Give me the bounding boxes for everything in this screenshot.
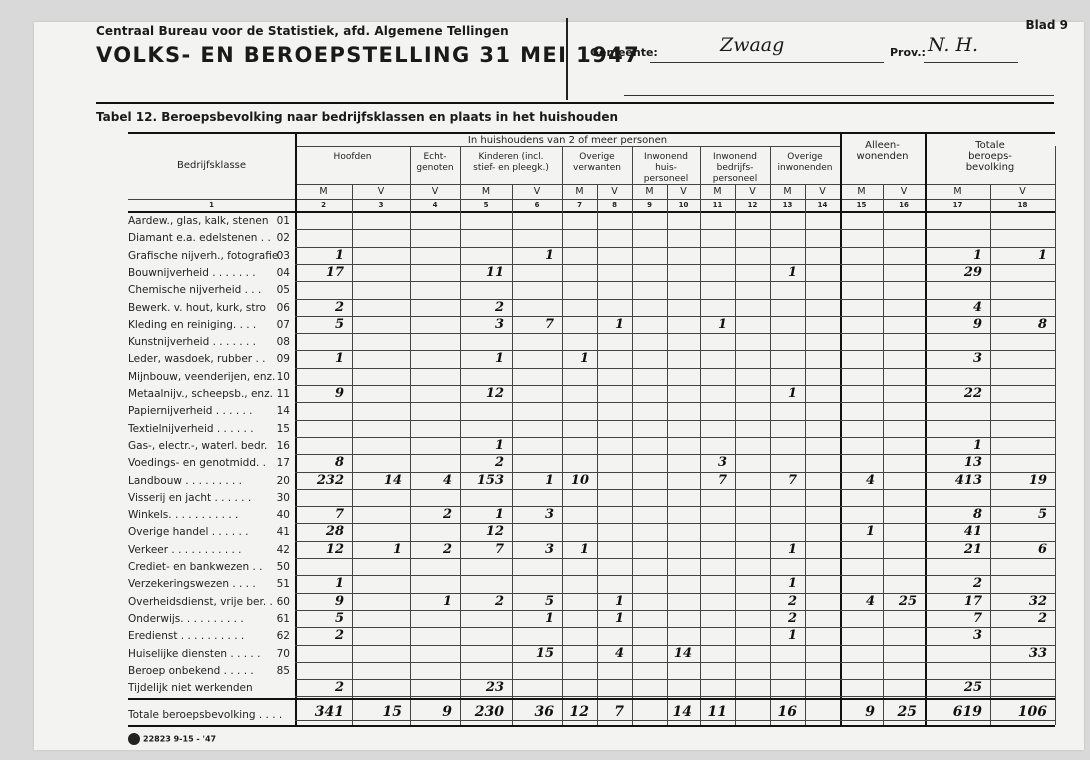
industry-name: Landbouw . . . . . . . . .	[128, 475, 242, 487]
print-code: 22823 9-15 - '47	[128, 733, 216, 745]
table-cell: 2	[295, 300, 344, 315]
total-cell: 36	[512, 704, 554, 720]
industry-code: 85	[277, 665, 290, 677]
table-cell: 9	[295, 386, 344, 401]
row-label-7: Kunstnijverheid . . . . . . .08	[128, 336, 290, 348]
table-cell: 3	[460, 317, 504, 332]
table-cell: 4	[840, 594, 875, 609]
sex-column-header: M	[632, 186, 667, 197]
table-cell: 232	[295, 473, 344, 488]
table-cell: 1	[295, 351, 344, 366]
column-group-header: Alleen- wonenden	[840, 140, 925, 162]
grid-line	[840, 132, 842, 725]
industry-code: 16	[277, 440, 290, 452]
row-label-13: Gas-, electr.-, waterl. bedr.16	[128, 440, 290, 452]
column-number: 7	[562, 201, 597, 209]
table-cell: 7	[700, 473, 727, 488]
industry-code: 10	[277, 371, 290, 383]
table-cell: 3	[925, 628, 982, 643]
column-number: 15	[840, 201, 883, 209]
table-cell: 21	[925, 542, 982, 557]
grid-line	[295, 489, 1055, 490]
industry-code: 30	[277, 492, 290, 504]
grid-line	[295, 696, 1055, 697]
table-cell: 2	[990, 611, 1047, 626]
row-label-1: Diamant e.a. edelstenen . .02	[128, 232, 290, 244]
table-cell: 41	[925, 524, 982, 539]
industry-code: 42	[277, 544, 290, 556]
data-table: In huishoudens van 2 of meer personenHoo…	[0, 0, 1090, 760]
industry-name: Metaalnijv., scheepsb., enz.	[128, 388, 273, 400]
industry-code: 02	[277, 232, 290, 244]
table-cell: 5	[295, 611, 344, 626]
table-cell: 4	[597, 646, 624, 661]
table-cell: 17	[295, 265, 344, 280]
table-cell: 3	[700, 455, 727, 470]
industry-code: 17	[277, 457, 290, 469]
industry-name: Beroep onbekend . . . . .	[128, 665, 254, 677]
grid-line	[295, 558, 1055, 559]
table-cell: 14	[352, 473, 402, 488]
table-cell: 1	[597, 611, 624, 626]
table-cell: 1	[770, 265, 797, 280]
table-cell: 3	[925, 351, 982, 366]
sex-column-header: V	[805, 186, 840, 197]
table-cell: 1	[562, 351, 589, 366]
industry-code: 01	[277, 215, 290, 227]
industry-name: Kunstnijverheid . . . . . . .	[128, 336, 256, 348]
total-cell: 9	[410, 704, 452, 720]
row-label-14: Voedings- en genotmidd. .17	[128, 457, 290, 469]
grid-line	[295, 720, 1055, 721]
row-label-20: Crediet- en bankwezen . .50	[128, 561, 290, 573]
sex-column-header: M	[925, 186, 990, 197]
industry-code: 40	[277, 509, 290, 521]
column-number: 2	[295, 201, 352, 209]
grid-line	[632, 146, 633, 725]
table-cell: 17	[925, 594, 982, 609]
table-cell: 13	[925, 455, 982, 470]
table-top-rule	[128, 132, 1055, 134]
table-cell: 8	[990, 317, 1047, 332]
industry-code: 05	[277, 284, 290, 296]
industry-code: 20	[277, 475, 290, 487]
industry-name: Kleding en reiniging. . . .	[128, 319, 256, 331]
table-cell: 2	[460, 300, 504, 315]
sex-column-header: V	[352, 186, 410, 197]
grid-line	[1055, 146, 1056, 725]
table-cell: 25	[925, 680, 982, 695]
industry-name: Onderwijs. . . . . . . . . .	[128, 613, 244, 625]
total-cell: 230	[460, 704, 504, 720]
grid-line	[295, 184, 1055, 185]
table-cell: 1	[925, 248, 982, 263]
table-cell: 3	[512, 507, 554, 522]
sex-column-header: M	[460, 186, 512, 197]
sex-column-header: V	[883, 186, 925, 197]
column-number: 18	[990, 201, 1055, 209]
row-label-11: Papiernijverheid . . . . . .14	[128, 405, 290, 417]
industry-code: 62	[277, 630, 290, 642]
table-cell: 7	[925, 611, 982, 626]
total-cell: 16	[770, 704, 797, 720]
column-group-header: Inwonend huis- personeel	[632, 152, 700, 185]
row-label-5: Bewerk. v. hout, kurk, stro06	[128, 302, 290, 314]
industry-code: 04	[277, 267, 290, 279]
industry-name: Huiselijke diensten . . . . .	[128, 648, 260, 660]
total-cell: 341	[295, 704, 344, 720]
table-cell: 1	[925, 438, 982, 453]
total-cell: 15	[352, 704, 402, 720]
total-cell: 11	[700, 704, 727, 720]
table-cell: 1	[840, 524, 875, 539]
industry-name: Crediet- en bankwezen . .	[128, 561, 262, 573]
row-label-16: Visserij en jacht . . . . . .30	[128, 492, 290, 504]
industry-name: Eredienst . . . . . . . . . .	[128, 630, 244, 642]
column-number: 5	[460, 201, 512, 209]
column-number: 11	[700, 201, 735, 209]
table-cell: 1	[770, 576, 797, 591]
column-group-header: Inwonend bedrijfs- personeel	[700, 152, 770, 185]
row-label-27: Tijdelijk niet werkenden	[128, 682, 290, 694]
table-cell: 12	[295, 542, 344, 557]
industry-code: 15	[277, 423, 290, 435]
row-header-label: Bedrijfsklasse	[128, 160, 295, 171]
industry-name: Voedings- en genotmidd. .	[128, 457, 266, 469]
table-cell: 2	[460, 594, 504, 609]
industry-code: 61	[277, 613, 290, 625]
table-cell: 9	[295, 594, 344, 609]
industry-name: Aardew., glas, kalk, stenen	[128, 215, 269, 227]
industry-name: Diamant e.a. edelstenen . .	[128, 232, 271, 244]
industry-name: Verzekeringswezen . . . .	[128, 578, 256, 590]
industry-name: Papiernijverheid . . . . . .	[128, 405, 253, 417]
row-label-10: Metaalnijv., scheepsb., enz.11	[128, 388, 290, 400]
row-label-19: Verkeer . . . . . . . . . . .42	[128, 544, 290, 556]
row-label-0: Aardew., glas, kalk, stenen01	[128, 215, 290, 227]
table-cell: 5	[990, 507, 1047, 522]
table-cell: 1	[990, 248, 1047, 263]
table-cell: 2	[295, 680, 344, 695]
column-number: 9	[632, 201, 667, 209]
table-cell: 9	[925, 317, 982, 332]
totals-top-rule	[128, 698, 1055, 700]
table-cell: 2	[925, 576, 982, 591]
sex-column-header: V	[990, 186, 1055, 197]
table-cell: 33	[990, 646, 1047, 661]
industry-code: 11	[277, 388, 290, 400]
table-cell: 4	[410, 473, 452, 488]
table-bottom-rule	[128, 725, 1055, 727]
row-label-12: Textielnijverheid . . . . . .15	[128, 423, 290, 435]
row-label-25: Huiselijke diensten . . . . .70	[128, 648, 290, 660]
industry-code: 03	[277, 250, 290, 262]
table-cell: 1	[597, 317, 624, 332]
industry-code: 70	[277, 648, 290, 660]
industry-name: Winkels. . . . . . . . . . .	[128, 509, 238, 521]
row-label-17: Winkels. . . . . . . . . . .40	[128, 509, 290, 521]
table-cell: 1	[410, 594, 452, 609]
table-cell: 1	[460, 438, 504, 453]
column-group-header: Echt- genoten	[410, 152, 460, 174]
row-label-8: Leder, wasdoek, rubber . .09	[128, 353, 290, 365]
table-cell: 1	[770, 628, 797, 643]
sex-column-header: V	[735, 186, 770, 197]
industry-name: Tijdelijk niet werkenden	[128, 682, 253, 694]
column-group-header: Hoofden	[295, 152, 410, 163]
column-group-header: Overige verwanten	[562, 152, 632, 174]
total-cell: 106	[990, 704, 1047, 720]
column-number: 12	[735, 201, 770, 209]
industry-code: 50	[277, 561, 290, 573]
industry-code: 14	[277, 405, 290, 417]
table-cell: 7	[770, 473, 797, 488]
sex-column-header: M	[295, 186, 352, 197]
table-cell: 12	[460, 524, 504, 539]
column-number: 1	[128, 201, 295, 209]
industry-name: Leder, wasdoek, rubber . .	[128, 353, 265, 365]
total-row-label: Totale beroepsbevolking . . . .	[128, 709, 290, 721]
row-label-22: Overheidsdienst, vrije ber. .60	[128, 596, 290, 608]
industry-code: 09	[277, 353, 290, 365]
column-number: 13	[770, 201, 805, 209]
grid-line	[295, 368, 1055, 369]
table-cell: 1	[295, 248, 344, 263]
table-cell: 8	[295, 455, 344, 470]
row-label-18: Overige handel . . . . . .41	[128, 526, 290, 538]
table-cell: 3	[512, 542, 554, 557]
industry-name: Textielnijverheid . . . . . .	[128, 423, 254, 435]
row-label-4: Chemische nijverheid . . .05	[128, 284, 290, 296]
sex-column-header: V	[667, 186, 700, 197]
table-cell: 5	[512, 594, 554, 609]
table-cell: 5	[295, 317, 344, 332]
industry-name: Verkeer . . . . . . . . . . .	[128, 544, 242, 556]
table-cell: 28	[295, 524, 344, 539]
column-group-header: Totale beroeps- bevolking	[925, 140, 1055, 173]
table-cell: 11	[460, 265, 504, 280]
table-cell: 2	[410, 542, 452, 557]
grid-line	[410, 146, 411, 725]
table-cell: 1	[700, 317, 727, 332]
table-cell: 12	[460, 386, 504, 401]
grid-line	[562, 146, 563, 725]
row-label-24: Eredienst . . . . . . . . . .62	[128, 630, 290, 642]
table-cell: 1	[352, 542, 402, 557]
industry-name: Chemische nijverheid . . .	[128, 284, 261, 296]
industry-code: 06	[277, 302, 290, 314]
column-number: 4	[410, 201, 460, 209]
column-number: 8	[597, 201, 632, 209]
table-cell: 1	[512, 473, 554, 488]
sex-column-header: M	[840, 186, 883, 197]
table-cell: 19	[990, 473, 1047, 488]
grid-line	[295, 333, 1055, 334]
grid-line	[295, 662, 1055, 663]
industry-name: Gas-, electr.-, waterl. bedr.	[128, 440, 267, 452]
column-number: 16	[883, 201, 925, 209]
sex-column-header: M	[770, 186, 805, 197]
column-group-header: Overige inwonenden	[770, 152, 840, 174]
grid-line	[295, 402, 1055, 403]
industry-name: Bouwnijverheid . . . . . . .	[128, 267, 256, 279]
industry-name: Bewerk. v. hout, kurk, stro	[128, 302, 266, 314]
column-number: 10	[667, 201, 700, 209]
table-cell: 2	[770, 594, 797, 609]
table-cell: 2	[770, 611, 797, 626]
sex-column-header: M	[700, 186, 735, 197]
sex-column-header: V	[597, 186, 632, 197]
table-cell: 413	[925, 473, 982, 488]
table-cell: 7	[460, 542, 504, 557]
table-cell: 7	[295, 507, 344, 522]
table-cell: 10	[562, 473, 589, 488]
table-cell: 29	[925, 265, 982, 280]
table-cell: 14	[667, 646, 692, 661]
row-label-15: Landbouw . . . . . . . . .20	[128, 475, 290, 487]
row-label-21: Verzekeringswezen . . . .51	[128, 578, 290, 590]
sex-column-header: V	[410, 186, 460, 197]
row-label-9: Mijnbouw, veenderijen, enz.10	[128, 371, 290, 383]
grid-line	[295, 146, 840, 147]
table-cell: 4	[925, 300, 982, 315]
total-cell: 7	[597, 704, 624, 720]
table-cell: 25	[883, 594, 917, 609]
table-cell: 1	[512, 611, 554, 626]
grid-line	[460, 146, 461, 725]
industry-code: 41	[277, 526, 290, 538]
header-bottom-rule	[128, 211, 1055, 213]
grid-line	[295, 420, 1055, 421]
column-number: 6	[512, 201, 562, 209]
table-cell: 6	[990, 542, 1047, 557]
sex-column-header: M	[562, 186, 597, 197]
column-number: 3	[352, 201, 410, 209]
total-cell: 14	[667, 704, 692, 720]
grid-line	[128, 199, 295, 200]
group-header-households: In huishoudens van 2 of meer personen	[295, 135, 840, 146]
industry-name: Overige handel . . . . . .	[128, 526, 248, 538]
industry-name: Visserij en jacht . . . . . .	[128, 492, 251, 504]
table-cell: 1	[295, 576, 344, 591]
table-cell: 2	[410, 507, 452, 522]
row-label-23: Onderwijs. . . . . . . . . .61	[128, 613, 290, 625]
table-cell: 153	[460, 473, 504, 488]
industry-code: 08	[277, 336, 290, 348]
column-group-header: Kinderen (incl. stief- en pleegk.)	[460, 152, 562, 174]
column-number: 17	[925, 201, 990, 209]
printer-logo-icon	[128, 733, 140, 745]
grid-line	[700, 146, 701, 725]
industry-code: 51	[277, 578, 290, 590]
table-cell: 7	[512, 317, 554, 332]
table-cell: 8	[925, 507, 982, 522]
table-cell: 1	[460, 507, 504, 522]
sex-column-header: V	[512, 186, 562, 197]
table-cell: 1	[512, 248, 554, 263]
row-label-2: Grafische nijverh., fotografie03	[128, 250, 290, 262]
table-cell: 1	[460, 351, 504, 366]
grid-line	[295, 281, 1055, 282]
table-cell: 2	[460, 455, 504, 470]
table-cell: 1	[770, 542, 797, 557]
industry-code: 07	[277, 319, 290, 331]
row-label-6: Kleding en reiniging. . . .07	[128, 319, 290, 331]
total-cell: 619	[925, 704, 982, 720]
table-cell: 22	[925, 386, 982, 401]
total-cell: 9	[840, 704, 875, 720]
column-number: 14	[805, 201, 840, 209]
table-cell: 32	[990, 594, 1047, 609]
row-label-3: Bouwnijverheid . . . . . . .04	[128, 267, 290, 279]
table-cell: 23	[460, 680, 504, 695]
industry-code: 60	[277, 596, 290, 608]
total-cell: 12	[562, 704, 589, 720]
table-cell: 4	[840, 473, 875, 488]
total-cell: 25	[883, 704, 917, 720]
grid-line	[295, 229, 1055, 230]
row-label-26: Beroep onbekend . . . . .85	[128, 665, 290, 677]
industry-name: Mijnbouw, veenderijen, enz.	[128, 371, 275, 383]
table-cell: 1	[562, 542, 589, 557]
table-cell: 1	[597, 594, 624, 609]
table-cell: 1	[770, 386, 797, 401]
industry-name: Overheidsdienst, vrije ber. .	[128, 596, 273, 608]
table-cell: 15	[512, 646, 554, 661]
industry-name: Grafische nijverh., fotografie	[128, 250, 278, 262]
table-cell: 2	[295, 628, 344, 643]
